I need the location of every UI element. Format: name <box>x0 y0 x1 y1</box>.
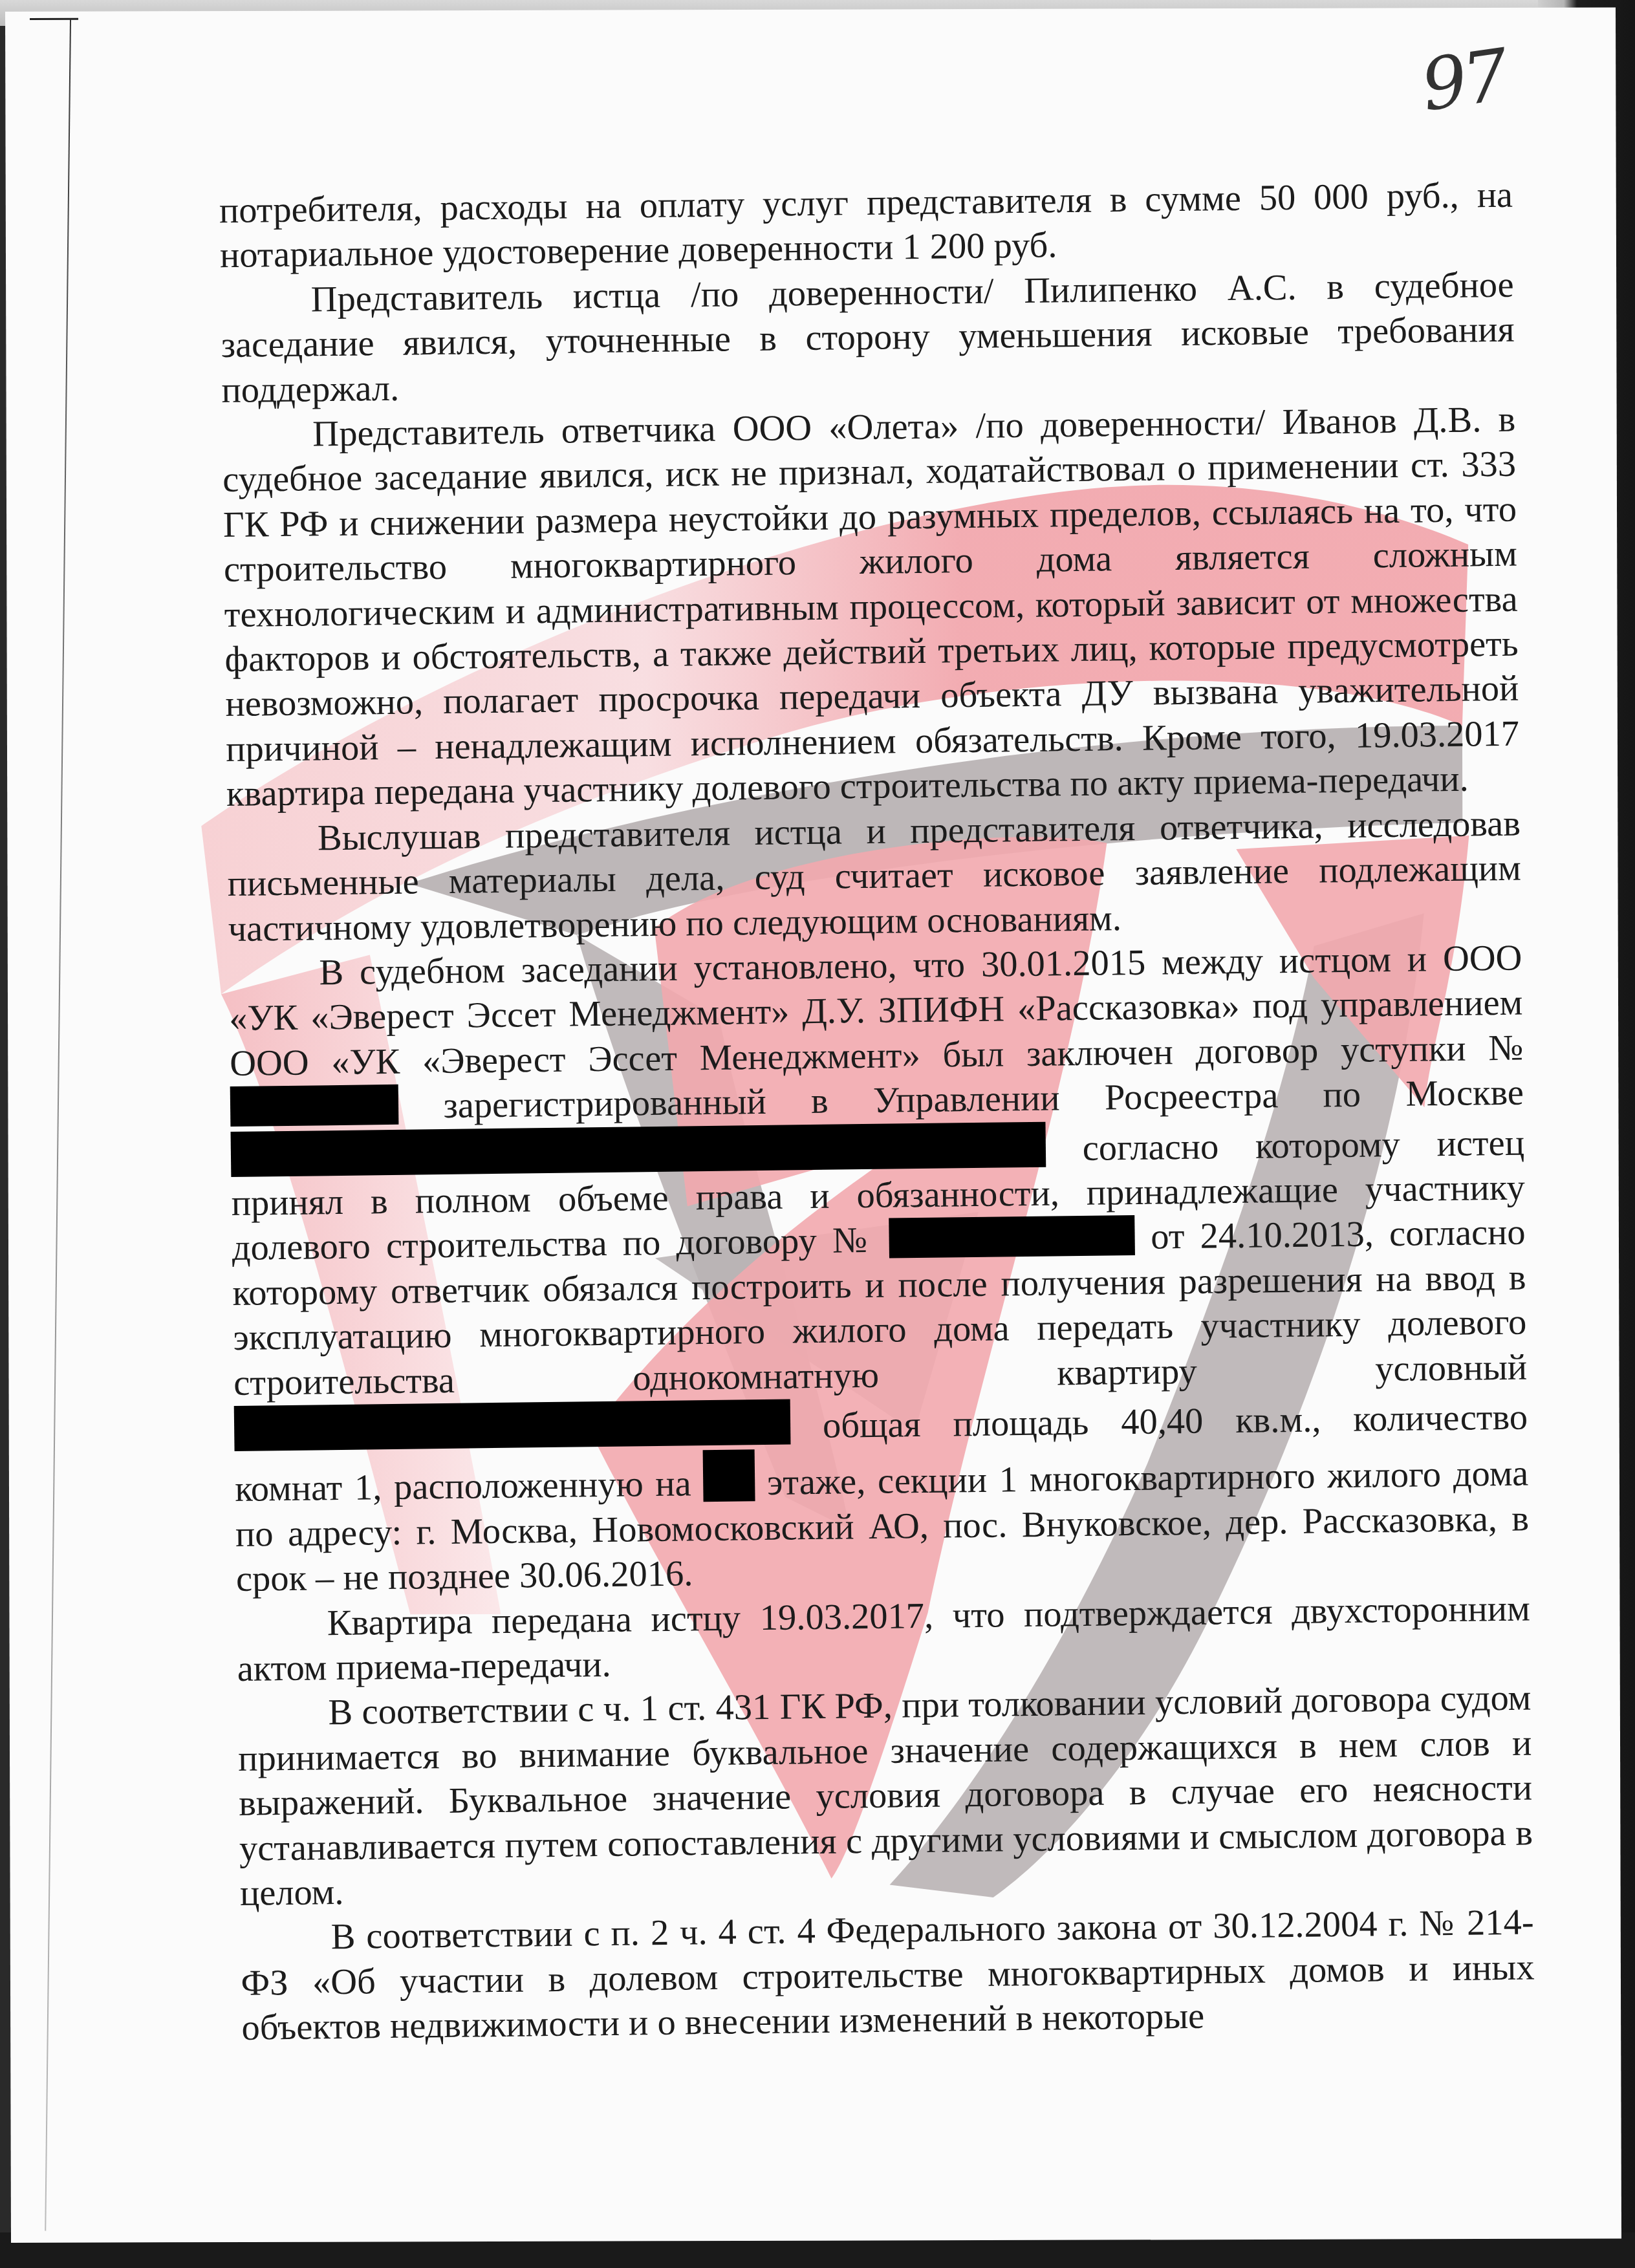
paragraph-text: В соответствии с ч. 1 ст. 431 ГК РФ, при… <box>238 1678 1533 1914</box>
redacted-registration-details <box>231 1121 1046 1176</box>
paragraph-text: потребителя, расходы на оплату услуг пре… <box>219 175 1513 276</box>
redacted-floor <box>703 1450 755 1502</box>
paragraph-p7: В соответствии с ч. 1 ст. 431 ГК РФ, при… <box>237 1676 1533 1916</box>
redacted-apartment-number <box>234 1399 791 1451</box>
paragraph-p3: Представитель ответчика ООО «Олета» /по … <box>222 398 1520 817</box>
paragraph-p4: Выслушав представителя истца и представи… <box>227 801 1522 952</box>
paragraph-p2: Представитель истца /по доверенности/ Пи… <box>220 263 1515 414</box>
redacted-contract-number <box>889 1215 1136 1258</box>
paragraph-text: Квартира передана истцу 19.03.2017, что … <box>237 1588 1530 1689</box>
handwritten-page-number: 97 <box>1416 34 1510 127</box>
binding-line <box>45 19 71 2231</box>
paragraph-text: зарегистрированный в Управлении Росреест… <box>398 1073 1524 1127</box>
redacted-assignment-number <box>230 1085 399 1127</box>
paragraph-p1: потребителя, расходы на оплату услуг пре… <box>219 173 1514 279</box>
paragraph-p8: В соответствии с п. 2 ч. 4 ст. 4 Федерал… <box>240 1901 1535 2051</box>
paragraph-text: В судебном заседании установлено, что 30… <box>229 938 1523 1084</box>
document-page: 97 потребителя, расходы на оплату услуг … <box>5 7 1621 2243</box>
paragraph-text: Выслушав представителя истца и представи… <box>227 803 1521 949</box>
paragraph-text: Представитель истца /по доверенности/ Пи… <box>221 265 1515 411</box>
document-body: потребителя, расходы на оплату услуг пре… <box>219 173 1535 2051</box>
paragraph-p6: Квартира передана истцу 19.03.2017, что … <box>236 1586 1531 1692</box>
paragraph-text: Представитель ответчика ООО «Олета» /по … <box>222 400 1520 815</box>
paragraph-p5: В судебном заседании установлено, что 30… <box>228 936 1530 1603</box>
paragraph-text: В соответствии с п. 2 ч. 4 ст. 4 Федерал… <box>241 1903 1535 2048</box>
